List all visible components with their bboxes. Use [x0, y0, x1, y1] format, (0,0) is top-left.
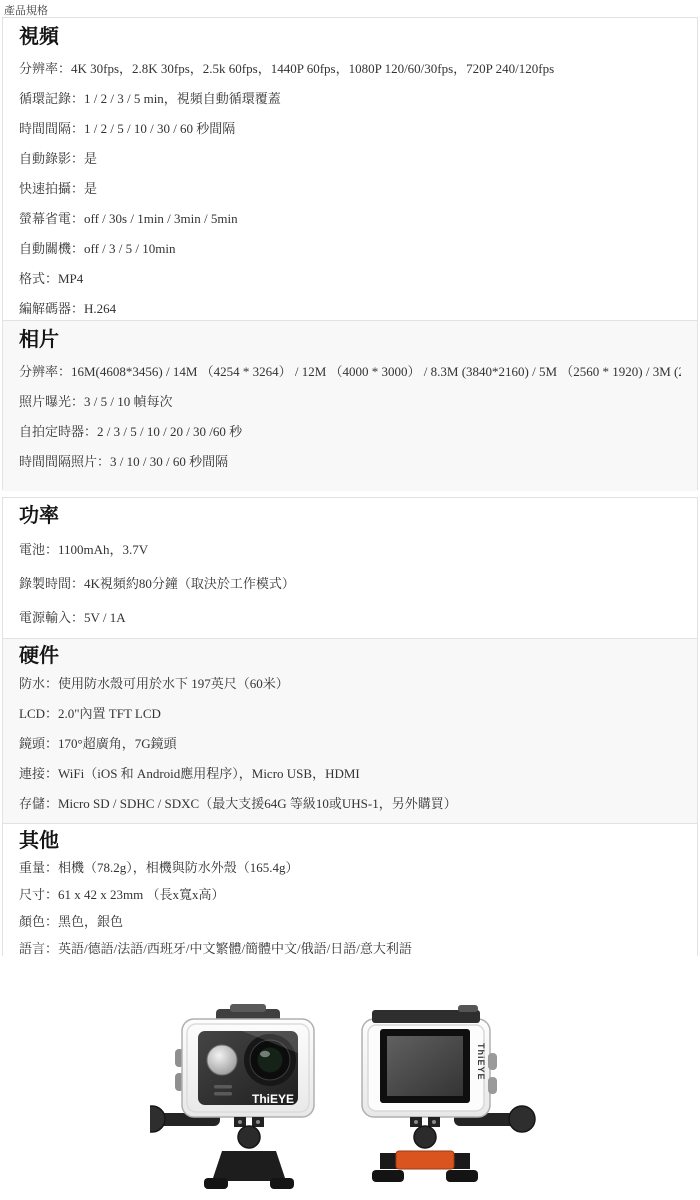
spec-row-loop-record: 循環記錄：1 / 2 / 3 / 5 min，視頻自動循環覆蓋: [19, 84, 681, 114]
spec-row-record-time: 錄製時間：4K視頻約80分鐘（取決於工作模式）: [19, 567, 681, 601]
spec-row-codec: 編解碼器：H.264: [19, 294, 681, 320]
spec-row-waterproof: 防水：使用防水殼可用於水下 197英尺（60米）: [19, 669, 681, 699]
brand-logo-front: ThiEYE: [252, 1092, 294, 1106]
spec-row-battery: 電池：1100mAh，3.7V: [19, 533, 681, 567]
lens-glass: [258, 1048, 283, 1073]
spec-box-power-hw-other: 功率 電池：1100mAh，3.7V 錄製時間：4K視頻約80分鐘（取決於工作模…: [2, 497, 698, 956]
case-side-button: [488, 1077, 497, 1094]
spec-row-languages: 語言：英語/德語/法語/西班牙/中文繁體/簡體中文/俄語/日語/意大利語: [19, 935, 681, 957]
shutter-button: [207, 1045, 237, 1075]
mount-ball-joint: [238, 1126, 260, 1148]
spec-box-video-photo: 視頻 分辨率：4K 30fps，2.8K 30fps，2.5k 60fps，14…: [2, 17, 698, 490]
spec-row-fast-capture: 快速拍攝：是: [19, 174, 681, 204]
spec-row-storage: 存儲：Micro SD / SDHC / SDXC（最大支援64G 等級10或U…: [19, 789, 681, 819]
mount-screw-knob: [150, 1106, 165, 1132]
spec-row-format: 格式：MP4: [19, 264, 681, 294]
spec-row-lcd: LCD：2.0"內置 TFT LCD: [19, 699, 681, 729]
spec-row-photo-resolution: 分辨率：16M(4608*3456) / 14M （4254 * 3264） /…: [19, 357, 681, 387]
camera-front-view: ThiEYE: [150, 1004, 314, 1189]
section-hardware-title: 硬件: [19, 639, 681, 669]
spec-row-lens: 鏡頭：170°超廣角，7G鏡頭: [19, 729, 681, 759]
mount-base: [212, 1151, 286, 1181]
spec-row-auto-record: 自動錄影：是: [19, 144, 681, 174]
spec-row-connectivity: 連接：WiFi（iOS 和 Android應用程序），Micro USB，HDM…: [19, 759, 681, 789]
spec-row-screen-saver: 螢幕省電：off / 30s / 1min / 3min / 5min: [19, 204, 681, 234]
section-video: 視頻 分辨率：4K 30fps，2.8K 30fps，2.5k 60fps，14…: [3, 18, 697, 320]
camera-back-view: ThiEYE: [362, 1005, 535, 1182]
spec-row-time-lapse: 時間間隔：1 / 2 / 5 / 10 / 30 / 60 秒間隔: [19, 114, 681, 144]
mount-orange-clip: [396, 1151, 454, 1169]
section-power-title: 功率: [19, 498, 681, 533]
brand-logo-vertical: ThiEYE: [476, 1043, 486, 1081]
spec-row-colors: 顏色：黑色，銀色: [19, 908, 681, 935]
section-hardware: 硬件 防水：使用防水殼可用於水下 197英尺（60米） LCD：2.0"內置 T…: [3, 638, 697, 824]
product-image: ThiEYE T: [150, 1003, 550, 1198]
mount-base: [446, 1170, 478, 1182]
section-photo-title: 相片: [19, 321, 681, 357]
camera-illustration: ThiEYE T: [150, 1003, 550, 1198]
section-other-title: 其他: [19, 824, 681, 854]
spec-row-interval-photo: 時間間隔照片：3 / 10 / 30 / 60 秒間隔: [19, 447, 681, 477]
lcd-screen: [387, 1036, 463, 1096]
spec-row-power-input: 電源輸入：5V / 1A: [19, 601, 681, 635]
mount-screw-knob: [509, 1106, 535, 1132]
spec-row-dimensions: 尺寸：61 x 42 x 23mm （長x寬x高）: [19, 881, 681, 908]
spec-row-photo-burst: 照片曝光：3 / 5 / 10 幀每次: [19, 387, 681, 417]
section-power: 功率 電池：1100mAh，3.7V 錄製時間：4K視頻約80分鐘（取決於工作模…: [3, 498, 697, 638]
section-photo: 相片 分辨率：16M(4608*3456) / 14M （4254 * 3264…: [3, 320, 697, 491]
spec-row-resolution: 分辨率：4K 30fps，2.8K 30fps，2.5k 60fps，1440P…: [19, 54, 681, 84]
spec-row-self-timer: 自拍定時器：2 / 3 / 5 / 10 / 20 / 30 /60 秒: [19, 417, 681, 447]
section-other: 其他 重量：相機（78.2g），相機與防水外殼（165.4g） 尺寸：61 x …: [3, 824, 697, 957]
mount-base: [372, 1170, 404, 1182]
product-spec-page: 產品規格 視頻 分辨率：4K 30fps，2.8K 30fps，2.5k 60f…: [0, 0, 700, 1200]
spec-row-weight: 重量：相機（78.2g），相機與防水外殼（165.4g）: [19, 854, 681, 881]
section-video-title: 視頻: [19, 18, 681, 54]
case-side-button: [488, 1053, 497, 1070]
spec-row-auto-off: 自動關機：off / 3 / 5 / 10min: [19, 234, 681, 264]
mount-ball-joint: [414, 1126, 436, 1148]
page-title: 產品規格: [4, 2, 48, 18]
